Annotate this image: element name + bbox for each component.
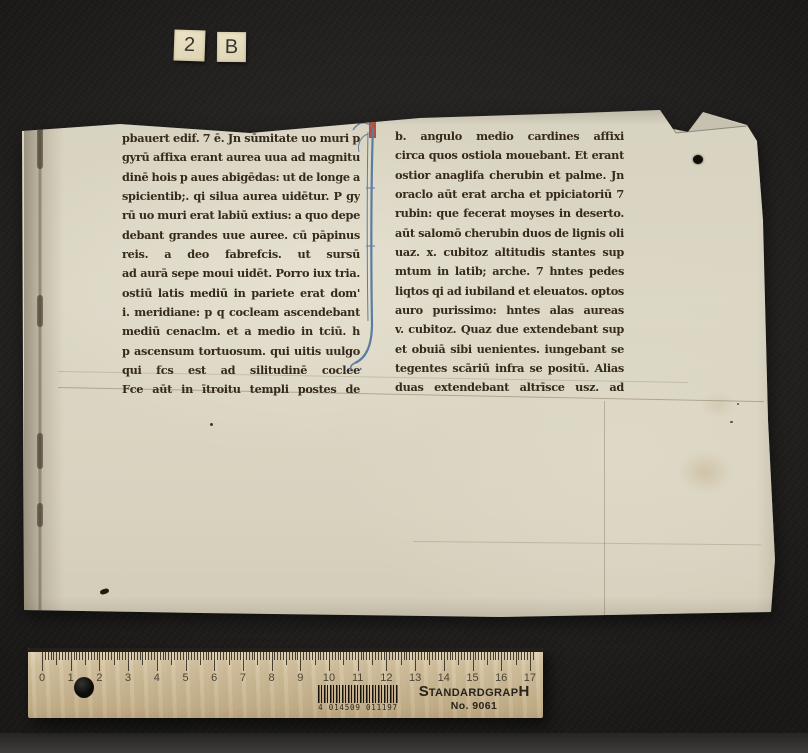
ruler-tick — [211, 652, 212, 660]
ruler-tick — [386, 652, 387, 671]
ruler-tick — [358, 652, 359, 671]
ruler-tick — [458, 652, 459, 665]
ruler-tick — [165, 652, 166, 660]
ruler-tick — [183, 652, 184, 660]
manuscript-text-line: Fce aūt in ītroitu templi postes de lign… — [122, 380, 360, 399]
ruler-tick — [295, 652, 296, 660]
ruler-number: 9 — [289, 672, 311, 684]
ruler-tick — [470, 652, 471, 660]
ruler-tick — [234, 652, 235, 660]
ruler-tick — [412, 652, 413, 660]
manuscript-text-line: mtum in latib; arche. 7 hntes pedes ob — [395, 262, 624, 281]
ruler-tick — [521, 652, 522, 660]
tile-label: B — [225, 35, 239, 58]
ruler-tick — [257, 652, 258, 665]
ruler-tick — [42, 652, 43, 671]
tile-label: 2 — [184, 34, 196, 57]
ruler: 01234567891011121314151617 4 014509 0111… — [28, 648, 543, 718]
ruler-tick — [45, 652, 46, 660]
ruler-tick — [320, 652, 321, 660]
ruler-tick — [444, 652, 445, 671]
ruler-tick — [142, 652, 143, 665]
ruler-hole — [74, 677, 94, 698]
ruler-tick — [329, 652, 330, 671]
brand-part: S — [419, 683, 429, 700]
ruler-tick — [272, 652, 273, 671]
ruler-tick — [229, 652, 230, 665]
ruler-tick — [338, 652, 339, 660]
ruler-brand: STANDARDGRAPH — [413, 683, 535, 701]
ink-speck — [737, 403, 739, 405]
ruler-tick — [102, 652, 103, 660]
manuscript-text-line: et obuiā sibi uenientes. iungebant se ca — [395, 340, 624, 359]
background-bottom-strip — [0, 733, 808, 753]
ruler-tick — [527, 652, 528, 660]
ruler-tick — [361, 652, 362, 660]
ruler-tick — [432, 652, 433, 660]
ruler-tick — [82, 652, 83, 660]
barcode-digits: 4 014509 011197 — [310, 703, 406, 712]
manuscript-text-line: p ascensum tortuosum. qui uitis uulgo dr — [122, 342, 360, 361]
ruler-tick — [300, 652, 301, 671]
ruler-tick — [326, 652, 327, 660]
ruler-tick — [378, 652, 379, 660]
ruler-tick — [481, 652, 482, 660]
ruler-tick — [148, 652, 149, 660]
ruler-tick — [384, 652, 385, 660]
manuscript-text-line: pbauert edif. 7 ē. Jn sūmitate uo muri p — [122, 129, 360, 148]
ruler-tick — [312, 652, 313, 660]
ruler-tick — [114, 652, 115, 665]
ruler-tick — [94, 652, 95, 660]
manuscript-text-line: duas extendebant altrīsce usz. ad pariet… — [395, 378, 624, 397]
ruler-tick — [85, 652, 86, 665]
ruler-tick — [343, 652, 344, 665]
sewing-thread — [37, 295, 43, 327]
ruler-tick — [283, 652, 284, 660]
ruler-tick — [200, 652, 201, 665]
manuscript-text-line: rū uo muri erat labiū extius: a quo depe — [122, 206, 360, 225]
ruler-tick — [441, 652, 442, 660]
ruler-tick — [375, 652, 376, 660]
ruler-tick — [306, 652, 307, 660]
ruler-number: 11 — [347, 672, 369, 684]
letter-tile-2: 2 — [173, 29, 205, 61]
ink-spot — [693, 155, 703, 164]
manuscript-text-line: rubin: que fecerat moyses in deserto. Fe… — [395, 204, 624, 223]
ruler-tick — [214, 652, 215, 671]
ruler-tick — [427, 652, 428, 660]
ruler-tick — [157, 652, 158, 671]
ruler-tick — [332, 652, 333, 660]
ruler-tick — [507, 652, 508, 660]
ruler-tick — [122, 652, 123, 660]
ruler-tick — [168, 652, 169, 660]
ruler-tick — [318, 652, 319, 660]
ruler-tick — [117, 652, 118, 660]
ruler-tick — [490, 652, 491, 660]
ruler-tick — [303, 652, 304, 660]
ruler-tick — [197, 652, 198, 660]
ruler-tick — [111, 652, 112, 660]
ruler-tick — [415, 652, 416, 671]
ruler-tick — [128, 652, 129, 671]
ruler-tick — [346, 652, 347, 660]
ruler-tick — [421, 652, 422, 660]
ruler-tick — [68, 652, 69, 660]
ruler-tick — [352, 652, 353, 660]
ruler-number: 10 — [318, 672, 340, 684]
ruler-tick — [487, 652, 488, 665]
ruler-tick — [180, 652, 181, 660]
ruler-tick — [372, 652, 373, 665]
ruler-tick — [59, 652, 60, 660]
ruler-tick — [79, 652, 80, 660]
ruler-tick — [461, 652, 462, 660]
ruler-tick — [140, 652, 141, 660]
ruler-tick — [226, 652, 227, 660]
ruler-tick — [243, 652, 244, 671]
ruler-tick — [97, 652, 98, 660]
ruling-line — [413, 541, 761, 545]
ruler-tick — [478, 652, 479, 660]
ruler-tick — [429, 652, 430, 665]
manuscript-page-wrap: pbauert edif. 7 ē. Jn sūmitate uo muri p… — [18, 105, 778, 623]
ruler-tick — [309, 652, 310, 660]
ruler-tick — [315, 652, 316, 665]
ruler-tick — [455, 652, 456, 660]
ruler-tick — [274, 652, 275, 660]
ruler-tick — [65, 652, 66, 660]
ruler-tick — [208, 652, 209, 660]
sewing-thread — [37, 503, 43, 527]
ruler-tick — [191, 652, 192, 660]
manuscript-text-line: ostiū latis mediū in pariete erat dom' d… — [122, 284, 360, 303]
ruler-tick — [246, 652, 247, 660]
text-column-right: b. angulo medio cardines affixi stārent.… — [395, 127, 624, 398]
ruler-number: 6 — [203, 672, 225, 684]
sewing-thread — [37, 433, 43, 469]
ruler-tick — [177, 652, 178, 660]
ruler-model: No. 9061 — [413, 700, 535, 712]
ruler-tick — [493, 652, 494, 660]
ruler-tick — [516, 652, 517, 665]
manuscript-text-line: dinē hois p aues abigēdas: ut de longe a — [122, 168, 360, 187]
ink-speck — [99, 588, 109, 596]
ruler-tick — [473, 652, 474, 671]
ruler-tick — [203, 652, 204, 660]
ruler-tick — [88, 652, 89, 660]
letter-tile-b: B — [217, 32, 246, 62]
ruler-tick — [340, 652, 341, 660]
ruler-tick — [48, 652, 49, 660]
ruler-tick — [292, 652, 293, 660]
manuscript-text-line: oraclo aūt erat archa et ppiciatoriū 7 c… — [395, 185, 624, 204]
ruler-tick — [263, 652, 264, 660]
manuscript-text-line: circa quos ostiola mouebant. Et erant ī — [395, 146, 624, 165]
ruler-tick — [450, 652, 451, 660]
manuscript-text-line: tegentes scāriū infra se positū. Alias a… — [395, 359, 624, 378]
ruler-tick — [186, 652, 187, 671]
ruler-tick — [323, 652, 324, 660]
ruler-tick — [406, 652, 407, 660]
ruler-tick — [424, 652, 425, 660]
ruler-tick — [269, 652, 270, 660]
ruler-tick — [524, 652, 525, 660]
illuminated-initial — [348, 118, 388, 370]
ruler-tick — [392, 652, 393, 660]
ruler-tick — [510, 652, 511, 660]
ruler-tick — [435, 652, 436, 660]
ruler-tick — [464, 652, 465, 660]
manuscript-text-line: uaz. x. cubitoz altitudis stantes sup pa… — [395, 243, 624, 262]
ruler-tick — [381, 652, 382, 660]
ruler-tick — [498, 652, 499, 660]
ruler-tick — [74, 652, 75, 660]
manuscript-text-line: auro purissimo: hntes alas aureas siglas — [395, 301, 624, 320]
ruler-tick — [366, 652, 367, 660]
ruler-tick — [297, 652, 298, 660]
ruler-number: 4 — [146, 672, 168, 684]
ruler-tick — [217, 652, 218, 660]
ruler-tick — [409, 652, 410, 660]
ruler-number: 3 — [117, 672, 139, 684]
ruler-tick — [151, 652, 152, 660]
ruler-tick — [530, 652, 531, 671]
ruler-tick — [174, 652, 175, 660]
ruler-tick — [289, 652, 290, 660]
ruler-tick — [134, 652, 135, 660]
ruler-number: 8 — [261, 672, 283, 684]
ruler-tick — [280, 652, 281, 660]
manuscript-text-line: reis. a deo fabrefcis. ut sursū aspicien… — [122, 245, 360, 264]
manuscript-text-line: spicientib;. qi silua aurea uidētur. P g… — [122, 187, 360, 206]
ruler-tick — [418, 652, 419, 660]
ruler-tick — [240, 652, 241, 660]
ruler-tick — [401, 652, 402, 665]
ruler-number: 12 — [375, 672, 397, 684]
manuscript-page: pbauert edif. 7 ē. Jn sūmitate uo muri p… — [18, 105, 778, 623]
ruler-tick — [145, 652, 146, 660]
ruler-tick — [254, 652, 255, 660]
ruler-tick — [475, 652, 476, 660]
ruler-tick — [231, 652, 232, 660]
ruler-number: 5 — [175, 672, 197, 684]
ruler-tick — [533, 652, 534, 660]
ruler-tick — [467, 652, 468, 660]
manuscript-text-line: b. angulo medio cardines affixi stārent. — [395, 127, 624, 146]
ruler-tick — [518, 652, 519, 660]
ruler-tick — [335, 652, 336, 660]
binding-gutter — [24, 121, 64, 615]
ruler-tick — [160, 652, 161, 660]
ruler-tick — [389, 652, 390, 660]
ruler-tick — [220, 652, 221, 660]
ruler-tick — [206, 652, 207, 660]
manuscript-text-line: ad aurā sepe moui uidēt. Porro iux tria. — [122, 264, 360, 283]
ruler-tick — [513, 652, 514, 660]
ruler-tick — [447, 652, 448, 660]
ruler-tick — [395, 652, 396, 660]
ruler-tick — [188, 652, 189, 660]
ruler-tick — [484, 652, 485, 660]
ruler-tick — [108, 652, 109, 660]
ruler-tick — [286, 652, 287, 665]
manuscript-text-line: i. meridiane: p q cocleam ascendebant in — [122, 303, 360, 322]
ruler-number: 0 — [31, 672, 53, 684]
manuscript-text-line: v. cubitoz. Quaz due extendebant sup arc… — [395, 320, 624, 339]
manuscript-text-line: aūt salomō cherubin duos de lignis oli — [395, 224, 624, 243]
ruler-tick — [91, 652, 92, 660]
corner-fold — [658, 108, 758, 140]
ruler-tick — [105, 652, 106, 660]
manuscript-text-line: debant grandes uue auree. cū pāpinus au — [122, 226, 360, 245]
manuscript-text-line: qui fcs est ad silitudinē coclee testudi… — [122, 361, 360, 380]
manuscript-text-line: gyrū affixa erant aurea uua ad magnitu — [122, 148, 360, 167]
manuscript-text-line: liqtos qi ad iubiland et eleuatos. optos — [395, 282, 624, 301]
ruler-tick — [51, 652, 52, 660]
ruler-tick — [252, 652, 253, 660]
ruler-tick — [363, 652, 364, 660]
ruler-tick — [249, 652, 250, 660]
ruler-tick — [99, 652, 100, 671]
ruler-tick — [194, 652, 195, 660]
ruler-tick — [369, 652, 370, 660]
gutter-crease — [38, 121, 42, 615]
ruler-tick — [56, 652, 57, 665]
ruler-tick — [76, 652, 77, 660]
ruler-tick — [355, 652, 356, 660]
brand-part: H — [518, 683, 529, 700]
ruler-tick — [266, 652, 267, 660]
ruler-number: 7 — [232, 672, 254, 684]
ruler-tick — [71, 652, 72, 671]
sewing-thread — [37, 127, 43, 169]
manuscript-text-line: ostior anaglifa cherubin et palme. Jn — [395, 166, 624, 185]
ruler-tick — [501, 652, 502, 671]
ruler-tick — [163, 652, 164, 660]
ruler-tick — [154, 652, 155, 660]
manuscript-text-line: mediū cenaclm. et a medio in tciū. h est — [122, 322, 360, 341]
ruler-tick — [349, 652, 350, 660]
ruler-tick — [452, 652, 453, 660]
ink-speck — [730, 421, 733, 423]
ruler-tick — [171, 652, 172, 665]
ruler-tick — [398, 652, 399, 660]
ruler-tick — [125, 652, 126, 660]
ruler-tick — [260, 652, 261, 660]
ruler-tick — [119, 652, 120, 660]
ruling-line-vertical — [604, 401, 605, 615]
brand-part: TANDARDGRAP — [429, 687, 519, 699]
ruler-tick — [504, 652, 505, 660]
ruler-tick — [131, 652, 132, 660]
text-column-left: pbauert edif. 7 ē. Jn sūmitate uo muri p… — [122, 129, 360, 400]
ruler-tick — [404, 652, 405, 660]
ruler-tick — [495, 652, 496, 660]
ruler-tick — [438, 652, 439, 660]
ruler-tick — [223, 652, 224, 660]
ruler-tick — [137, 652, 138, 660]
ruler-tick — [277, 652, 278, 660]
photo-scene: 2 B pbauert edif. 7 ē. Jn sūmitate uo mu… — [0, 0, 808, 753]
ruler-tick — [53, 652, 54, 660]
ruler-tick — [237, 652, 238, 660]
ruler-tick — [62, 652, 63, 660]
ink-speck — [210, 423, 213, 426]
barcode — [318, 685, 398, 703]
